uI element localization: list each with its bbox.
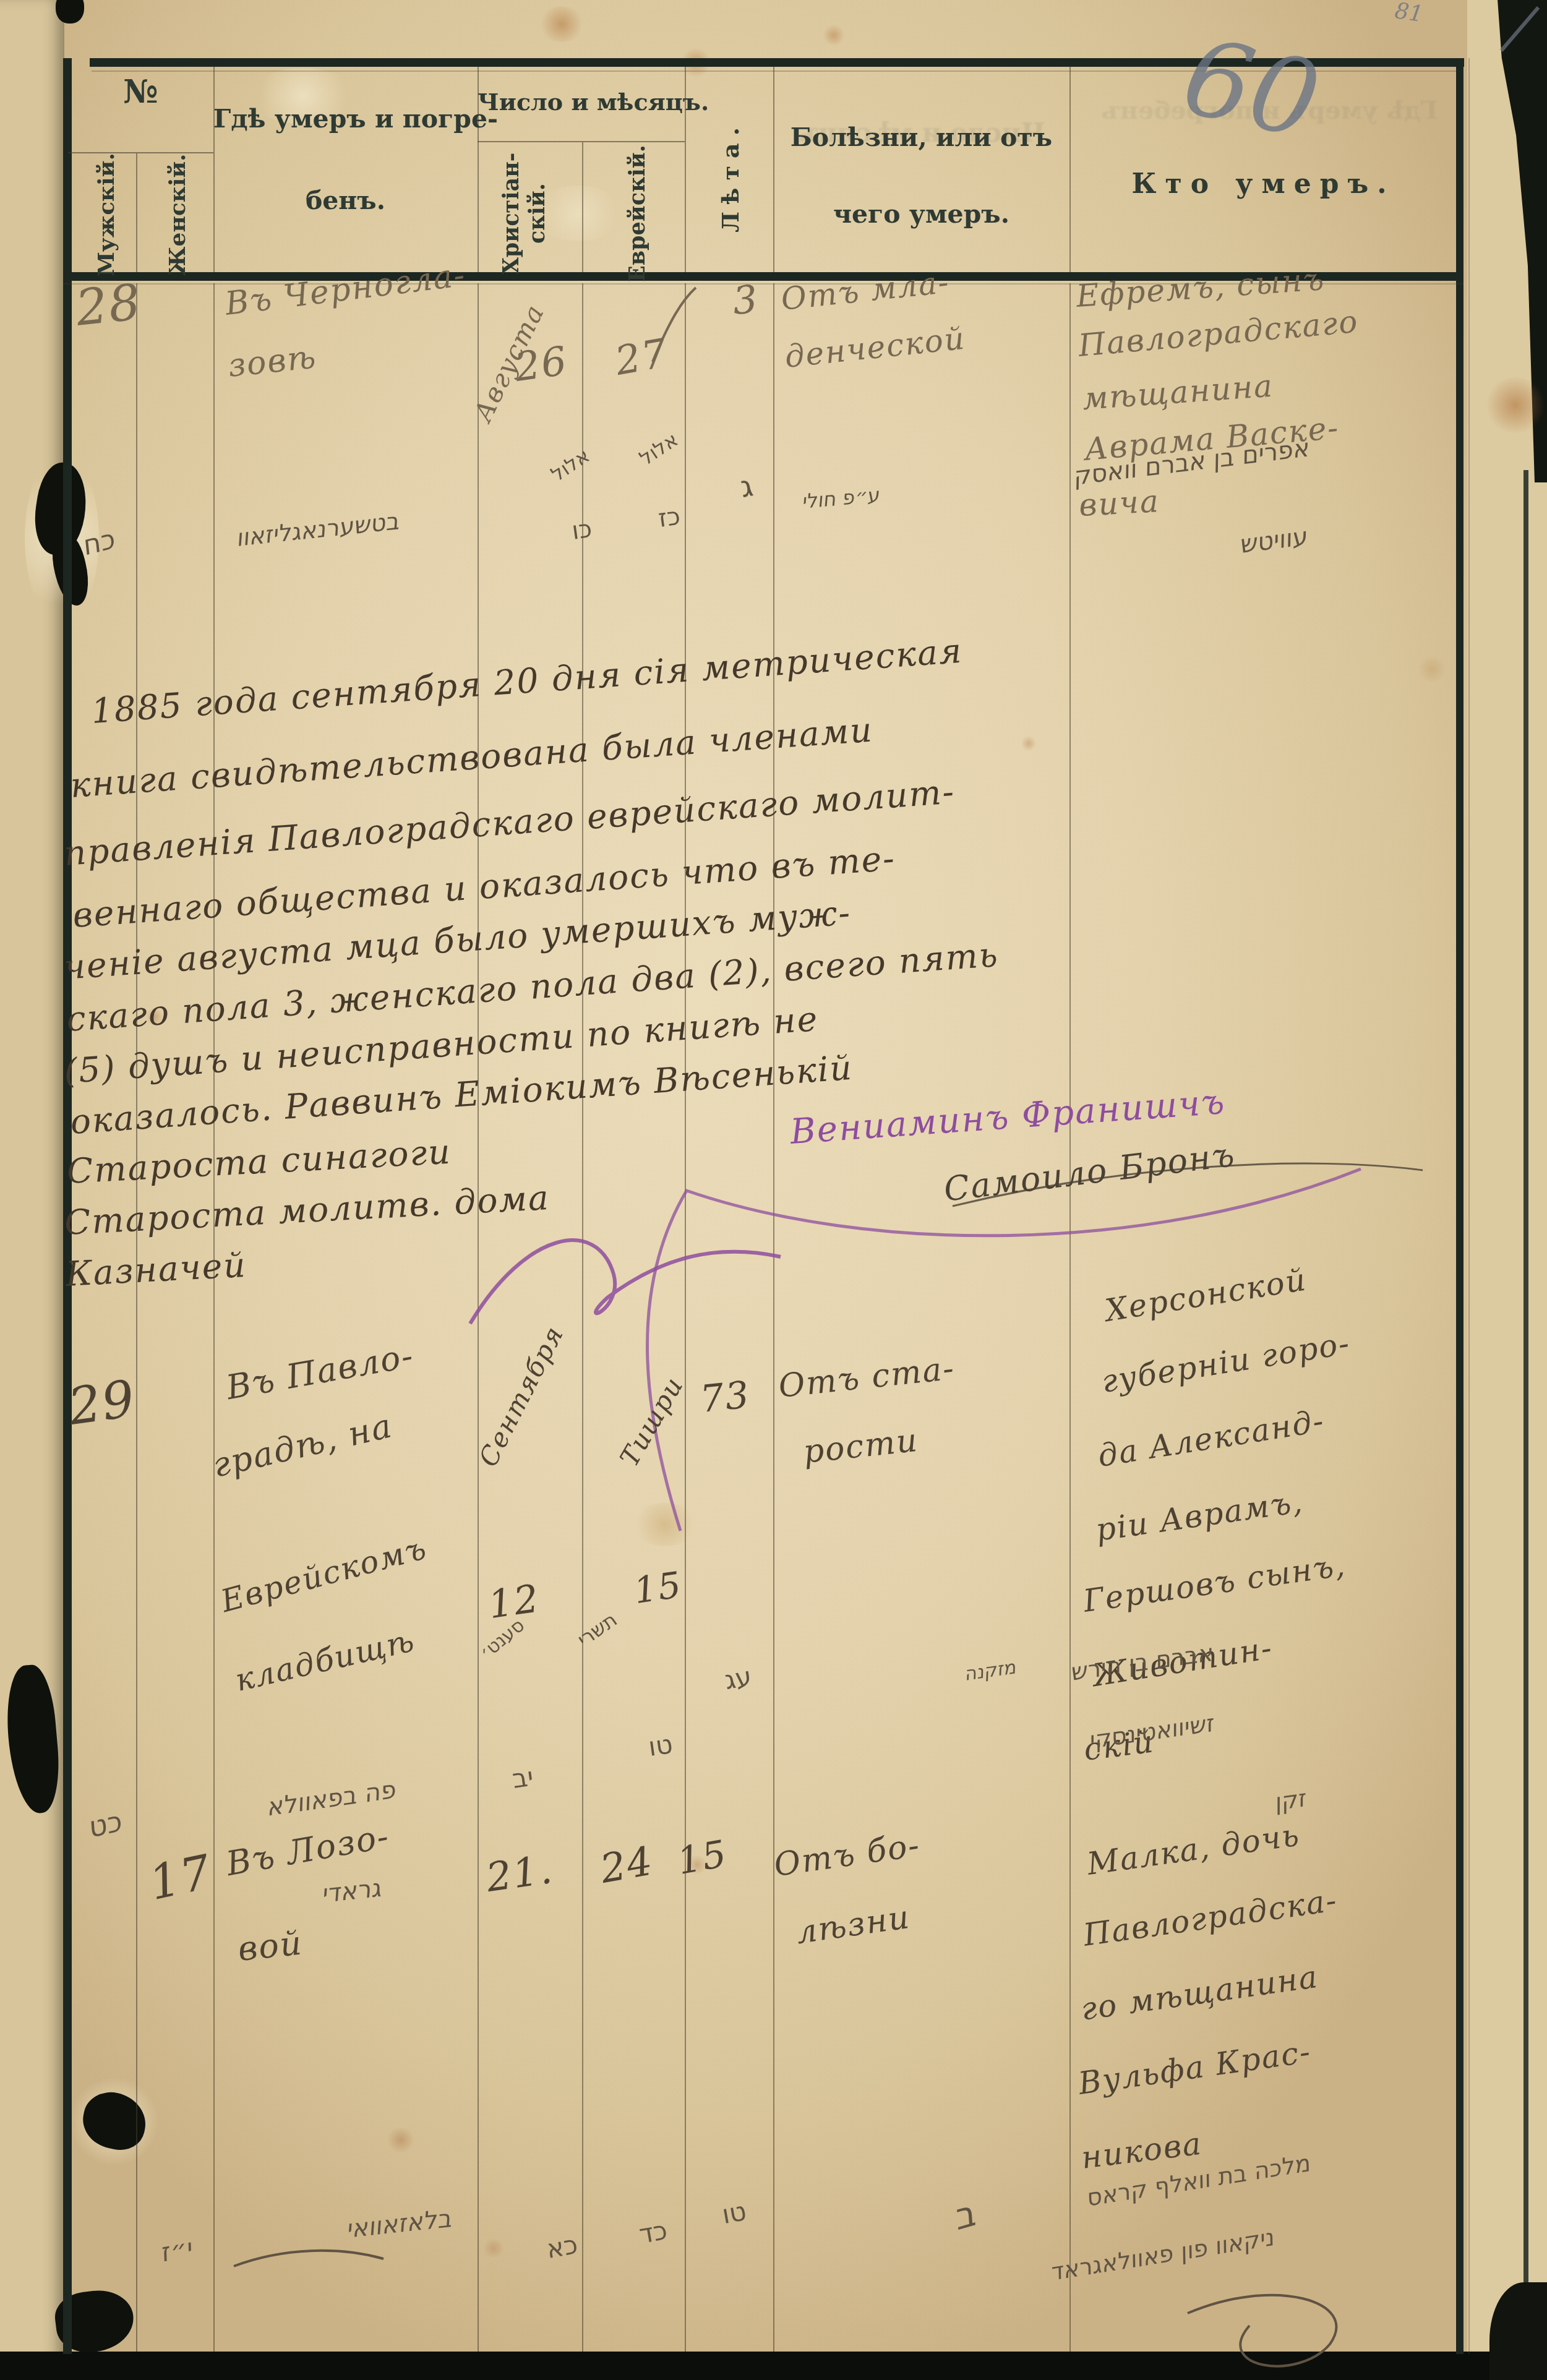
header-illness-line2: чего умеръ. (773, 199, 1069, 229)
column-rule (213, 67, 215, 272)
entry29-hebrew-day-jewish: טו (646, 1729, 674, 1762)
entry29-place-line3: Еврейскомъ (217, 1530, 431, 1619)
entry29-hebrew-number: כט (88, 1804, 123, 1844)
torn-nick (56, 0, 84, 24)
ink-stain (1416, 656, 1447, 683)
date-subrule (478, 141, 685, 142)
entry17-number: 17 (144, 1844, 216, 1911)
column-rule (136, 153, 137, 272)
header-illness-line1: Болѣзни, или отъ (773, 122, 1069, 152)
entry29-hebrew-day-christian: יב (510, 1761, 535, 1794)
entry28-hebrew-age: ג (737, 468, 755, 505)
header-no: № (68, 73, 213, 111)
column-rule (582, 142, 583, 272)
entry29-hebrew-illness: מזקנה (965, 1656, 1017, 1685)
entry17-hebrew-who-flourish (1175, 2288, 1379, 2375)
entry28-hebrew-who-line2: עוויטש (1240, 522, 1308, 559)
entry29-number: 29 (65, 1369, 140, 1437)
entry28-illness-line2: денческой (783, 320, 967, 375)
table-right-thin-border (1468, 58, 1470, 2354)
entry28-day-christian: 26 (512, 338, 571, 391)
entry17-day-christian: 21. (484, 1847, 556, 1901)
header-date-jewish-label: Еврейскій. (625, 145, 650, 282)
header-no-female-label: Женскій. (165, 153, 191, 275)
ink-stain (1021, 736, 1037, 751)
corner-pencil-stroke (1494, 0, 1547, 59)
no-subrule (68, 152, 213, 153)
column-rule (213, 283, 215, 2352)
entry17-illness-line2: лѣзни (794, 1899, 913, 1951)
entry17-who-line2: Павлоградска- (1081, 1882, 1340, 1953)
header-date-christian-label: Христіан- скій. (499, 153, 551, 275)
entry17-hebrew-day-christian: כא (544, 2229, 580, 2264)
header-no-male-label: Мужскій. (93, 153, 119, 276)
entry28-hebrew-day-christian: כו (570, 515, 594, 546)
torn-hole (78, 2087, 151, 2154)
entry17-hebrew-age: טו (719, 2196, 748, 2230)
entry17-who-line3: го мѣщанина (1079, 1959, 1321, 2027)
entry28-who-line5: вича (1078, 483, 1160, 523)
header-place-line2: бенъ. (213, 186, 478, 215)
entry17-age: 15 (674, 1832, 731, 1883)
ink-stain (482, 2239, 505, 2258)
header-date: Число и мѣсяцъ. (478, 88, 685, 116)
entry29-place-line4: кладбищѣ (232, 1622, 419, 1698)
entry29-hebrew-month-jewish: תשרי (573, 1607, 621, 1651)
attestation-treasurer: Казначей (65, 1245, 248, 1294)
entry28-number: 28 (73, 273, 144, 337)
entry28-who-line1: Ефремъ, сынъ (1075, 261, 1326, 314)
header-date-christian: Христіан- скій. (497, 145, 552, 281)
entry29-hebrew-place-line1: פה בפאוולא (267, 1775, 397, 1822)
ink-stain (538, 6, 585, 42)
entry17-day-jewish: 24 (597, 1838, 657, 1893)
entry28-hebrew-place: בטשערנאגליזאוו (236, 507, 401, 552)
entry17-place-line1: Въ Лозо- (223, 1817, 393, 1883)
entry28-hebrew-number: כח (82, 523, 117, 562)
entry28-hebrew-month-christian: אלול (547, 443, 594, 486)
table-right-border (1456, 58, 1463, 2354)
scanned-register-page: 60 81 Число и мѣсяцъ Гдѣ умеръ и погребе… (0, 0, 1547, 2380)
entry28-hebrew-illness: ע״פ חולי (802, 483, 881, 513)
entry29-place-line1: Въ Павло- (223, 1336, 417, 1407)
header-no-male: Мужскій. (93, 147, 120, 283)
entry17-hebrew-number: י״ז (161, 2232, 193, 2268)
ink-stain (823, 25, 845, 46)
entry17-hebrew-place: בלאזאוואי (346, 2204, 453, 2244)
entry29-hebrew-place-line2: גראדי (322, 1873, 383, 1909)
column-rule (773, 67, 774, 272)
entry28-day-jewish: 27 (612, 330, 672, 385)
header-date-jewish: Еврейскій. (623, 139, 651, 288)
entry28-hebrew-month-jewish: אלול (635, 427, 682, 470)
entry17-hebrew-who-line2: ניקאוו פון פאוולאגראד (1051, 2223, 1275, 2286)
entry28-place-line2: зовѣ (226, 338, 319, 385)
entry28-hebrew-day-jewish: כז (657, 502, 682, 533)
entry29-age: 73 (698, 1373, 752, 1421)
entry29-place-line2: градѣ, на (209, 1406, 396, 1485)
signature-black-flourish (940, 1144, 1435, 1218)
entry17-hebrew-day-jewish: כד (636, 2215, 669, 2249)
attestation-starosta-synagogue: Староста синагоги (66, 1132, 452, 1191)
header-place-line1: Гдѣ умеръ и погре- (213, 104, 478, 134)
column-rule (136, 283, 137, 2352)
entry17-illness-line1: Отъ бо- (772, 1826, 923, 1884)
header-age-label: Лѣта. (716, 120, 744, 233)
entry28-who-line3: мѣщанина (1081, 368, 1275, 417)
entry28-place-line1: Въ Черногла- (223, 257, 468, 323)
entry29-day-jewish: 15 (632, 1564, 685, 1612)
ink-stain (387, 2128, 415, 2152)
right-scan-edge-line (1523, 470, 1528, 2380)
signature-treasurer-purple-flourish (452, 1206, 798, 1348)
corner-number-pencil: 81 (1393, 0, 1425, 27)
entry28-who-line2: Павлоградскаго (1077, 304, 1360, 364)
header-age: Лѣта. (716, 83, 744, 269)
folio-number-pencil: 60 (1173, 15, 1330, 163)
entry17-place-line2: вой (236, 1923, 304, 1969)
header-who: Кто умеръ. (1069, 168, 1457, 200)
entry29-hebrew-age: עג (722, 1661, 753, 1695)
entry17-hebrew-illness: ב (954, 2190, 977, 2239)
entry29-hebrew-who-line3: זקן (1275, 1784, 1306, 1816)
header-no-female: Женскій. (164, 147, 191, 283)
entry17-hebrew-place-flourish (228, 2240, 388, 2277)
entry17-who-line1: Малка, дочь (1085, 1817, 1302, 1882)
entry17-who-line4: Вульфа Крас- (1076, 2034, 1313, 2102)
entry28-age: 3 (731, 276, 761, 323)
left-page-margin (0, 0, 64, 2380)
